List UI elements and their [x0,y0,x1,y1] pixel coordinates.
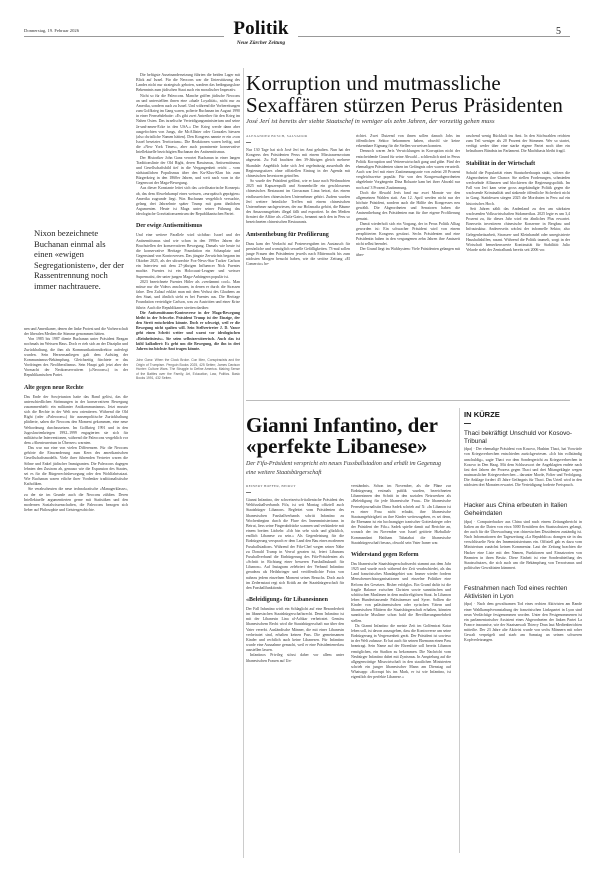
paragraph: Infantinos Privileg stösst daher vor all… [246,653,344,663]
byline-rule [246,142,251,143]
paragraph: raschend wenig Rückhalt ins Amt. In den … [466,134,570,155]
infantino-column-1: Reinert Hoffer, Beirut Gianni Infantino,… [246,484,344,664]
peru-column-2: richtet. Zwei Dutzend von ihnen sollen d… [356,134,460,258]
article-divider [246,400,570,401]
paragraph: verständnis. Schon im November, als die … [351,484,451,546]
paragraph: nen und Amerikaner, denen der linke Prot… [24,327,128,337]
paragraph: 2023 bezeichnete Fuentes Hitler als «ver… [136,280,240,311]
paragraph: Nicht so für die Paleocons. Manche griff… [136,94,240,156]
subheading: «Beleidigung» für Libanesinnen [246,596,344,604]
peru-dek: José Jerí ist bereits der siebte Staatsc… [246,118,576,125]
paragraph: Sie verabscheuten die neue technokratisc… [24,487,128,513]
subheading: Der ewige Antisemitismus [136,222,240,230]
paragraph: Das libanesische Staatsbürgerschaftsrech… [351,562,451,624]
paragraph: Und eine weitere Parallele wird sichtbar… [136,233,240,279]
sidebar-title-rule [464,423,471,424]
infantino-headline: Gianni Infantino, der «perfekte Libanese… [246,415,446,457]
page-masthead: Donnerstag, 19. Februar 2026 Politik 5 N… [0,0,594,38]
buchanan-column-2: Die heftigste Auseinandersetzung führten… [136,73,240,381]
brief-body: (dpa) · Der ehemalige Präsident von Koso… [464,447,582,488]
subheading: Amtsenthebung für Profilierung [246,231,350,239]
infantino-dek: Der Fifa-Präsident verspricht ein neues … [246,460,446,477]
section-title: Politik [228,18,294,40]
subheading: Widerstand gegen Reform [351,551,451,559]
sidebar-title: IN KÜRZE [464,410,582,419]
peru-column-3: raschend wenig Rückhalt ins Amt. In den … [466,134,570,253]
issue-date: Donnerstag, 19. Februar 2026 [24,28,79,33]
paragraph: Seit Jahren zählt das Andenland zu den a… [466,207,570,253]
paragraph: Gianni Infantino, der schweizerisch-ital… [246,498,344,591]
masthead-rule-left [24,36,224,37]
paragraph: Dennoch waren Jerís Verwicklungen in Kor… [356,149,460,190]
in-kuerze-sidebar: IN KÜRZE Thaci bekräftigt Unschuld vor K… [464,410,582,658]
news-brief: Thaci bekräftigt Unschuld vor Kosovo-Tri… [464,430,582,488]
page-number: 5 [556,26,561,37]
bibliography: John Ganz: When the Clock Broke. Con Men… [136,358,240,381]
brief-headline: Thaci bekräftigt Unschuld vor Kosovo-Tri… [464,430,582,445]
subheading: Alte gegen neue Rechte [24,384,128,392]
paragraph: Aus dieser Konstante leitet sich das «zi… [136,186,240,217]
brief-headline: Festnahmen nach Tod eines rechten Aktivi… [464,585,582,600]
masthead-rule-right [298,36,570,37]
news-brief: Hacker aus China erbeuten in Italien Geh… [464,502,582,571]
brief-body: (dpa) · Nach dem gewaltsamen Tod eines r… [464,602,582,643]
paragraph: Der Fall Infantino wirft ein Schlaglicht… [246,607,344,653]
byline-rule [246,492,251,493]
newspaper-name: Neue Zürcher Zeitung [218,40,304,46]
pullquote: Nixon bezeichnete Buchanan einmal als ei… [34,228,126,291]
paragraph: Nur 130 Tage hat sich José Jerí im Amt g… [246,148,350,179]
paragraph: Da Gianni Infantino die meiste Zeit im G… [351,624,451,681]
column-divider [243,68,244,858]
paragraph: Die Antisemitismus-Kontroverse in der Ma… [136,311,240,352]
subheading: Stabilität in der Wirtschaft [466,160,570,168]
paragraph: Damit wiederholt sich ein Vorgang, der i… [356,222,460,248]
paragraph: Das war nur eine von vielen Differenzen.… [24,446,128,487]
news-brief: Festnahmen nach Tod eines rechten Aktivi… [464,585,582,643]
paragraph: Das Ende der Sowjetunion hatte das Band … [24,395,128,447]
paragraph: Doch die Abwahl Jerís fand nur zwei Mona… [356,191,460,222]
peru-headline: Korruption und mutmassliche Sexaffären s… [246,73,576,116]
peru-column-1: Alexander Busch, Salvador Nur 130 Tage h… [246,134,350,267]
infantino-column-2: verständnis. Schon im November, als die … [351,484,451,680]
paragraph: Von 1985 bis 1987 diente Buchanan unter … [24,337,128,378]
paragraph: Dazu kam der Verdacht auf Postenvergaben… [246,242,350,268]
byline: Alexander Busch, Salvador [246,134,350,139]
brief-body: (dpa) · Computerhacker aus China sind na… [464,520,582,572]
paragraph: Der Grund liegt im Wahlsystem: Viele Prä… [356,247,460,257]
paragraph: Sobald die Popularität eines Staatsoberh… [466,171,570,207]
paragraph: richtet. Zwei Dutzend von ihnen sollen d… [356,134,460,149]
brief-headline: Hacker aus China erbeuten in Italien Geh… [464,502,582,517]
byline: Reinert Hoffer, Beirut [246,484,344,489]
paragraph: So wurde der Präsident gefilmt, wie er k… [246,179,350,225]
paragraph: Der Historiker John Ganz verortet Buchan… [136,156,240,187]
sidebar-divider [459,408,460,853]
paragraph: Die heftigste Auseinandersetzung führten… [136,73,240,94]
buchanan-column-1: nen und Amerikaner, denen der linke Prot… [24,327,128,513]
